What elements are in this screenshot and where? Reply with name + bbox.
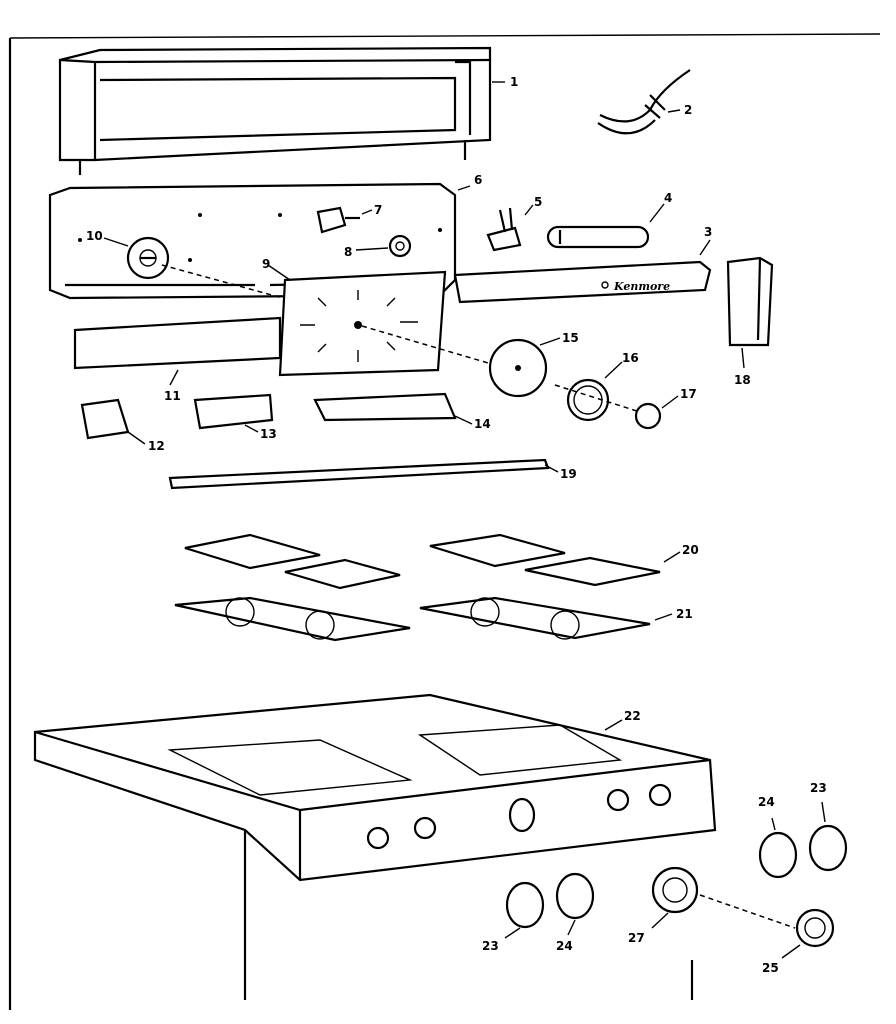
callout-12: 12 — [148, 439, 165, 453]
part-25-knob[interactable] — [797, 910, 833, 946]
callout-16: 16 — [622, 351, 639, 365]
callout-1: 1 — [510, 75, 518, 89]
part-22-maintop[interactable] — [35, 695, 715, 1000]
part-4-lamp[interactable] — [548, 227, 648, 247]
callout-14: 14 — [474, 417, 491, 431]
part-8-grommet[interactable] — [390, 236, 410, 256]
callout-6: 6 — [474, 173, 482, 187]
callout-23b: 23 — [810, 781, 827, 795]
callout-21: 21 — [676, 607, 693, 621]
callout-2: 2 — [684, 103, 692, 117]
callout-3: 3 — [704, 225, 712, 239]
callout-18: 18 — [734, 373, 751, 387]
part-1-housing[interactable] — [60, 48, 490, 175]
callout-24b: 24 — [758, 795, 775, 809]
callout-11: 11 — [164, 389, 181, 403]
part-21-bowls[interactable] — [175, 598, 650, 640]
callout-8: 8 — [344, 245, 352, 259]
callout-24a: 24 — [556, 939, 573, 953]
part-14-shield[interactable] — [315, 394, 455, 420]
callout-25: 25 — [762, 961, 779, 975]
callout-10: 10 — [86, 229, 103, 243]
callout-20: 20 — [682, 543, 699, 557]
callout-4: 4 — [664, 191, 672, 205]
part-11-trim[interactable] — [75, 318, 280, 368]
page-border-top — [10, 34, 880, 38]
callout-27: 27 — [628, 931, 645, 945]
part-10-timer[interactable] — [128, 238, 168, 278]
callout-5: 5 — [534, 195, 542, 209]
callout-7: 7 — [374, 203, 382, 217]
part-24-knob-b[interactable] — [760, 833, 796, 877]
callout-15: 15 — [562, 331, 579, 345]
part-3-nameplate[interactable]: Kenmore — [455, 262, 710, 302]
part-23-knob-b[interactable] — [810, 826, 846, 870]
part-13-bracket[interactable] — [195, 395, 272, 428]
brand-text: Kenmore — [613, 280, 670, 293]
part-24-knob-a[interactable] — [557, 874, 593, 918]
callout-9: 9 — [262, 257, 270, 271]
callout-19: 19 — [560, 467, 577, 481]
part-20-grates[interactable] — [185, 535, 660, 588]
part-2-wire[interactable] — [598, 70, 690, 133]
part-19-rod[interactable] — [170, 460, 548, 488]
callout-13: 13 — [260, 427, 277, 441]
part-9-clock[interactable] — [280, 272, 445, 375]
part-27-knob[interactable] — [653, 868, 697, 912]
callout-17: 17 — [680, 387, 697, 401]
part-18-endcap[interactable] — [728, 258, 772, 345]
part-15-dialplate[interactable] — [490, 340, 546, 396]
part-12-bracket[interactable] — [82, 400, 128, 438]
part-5-socket[interactable] — [488, 208, 520, 250]
callout-23a: 23 — [482, 939, 499, 953]
part-17-knob[interactable] — [636, 404, 660, 428]
callout-22: 22 — [624, 709, 641, 723]
part-23-knob-a[interactable] — [507, 883, 543, 927]
parts-diagram: 1 2 6 10 7 8 5 — [0, 0, 896, 1024]
